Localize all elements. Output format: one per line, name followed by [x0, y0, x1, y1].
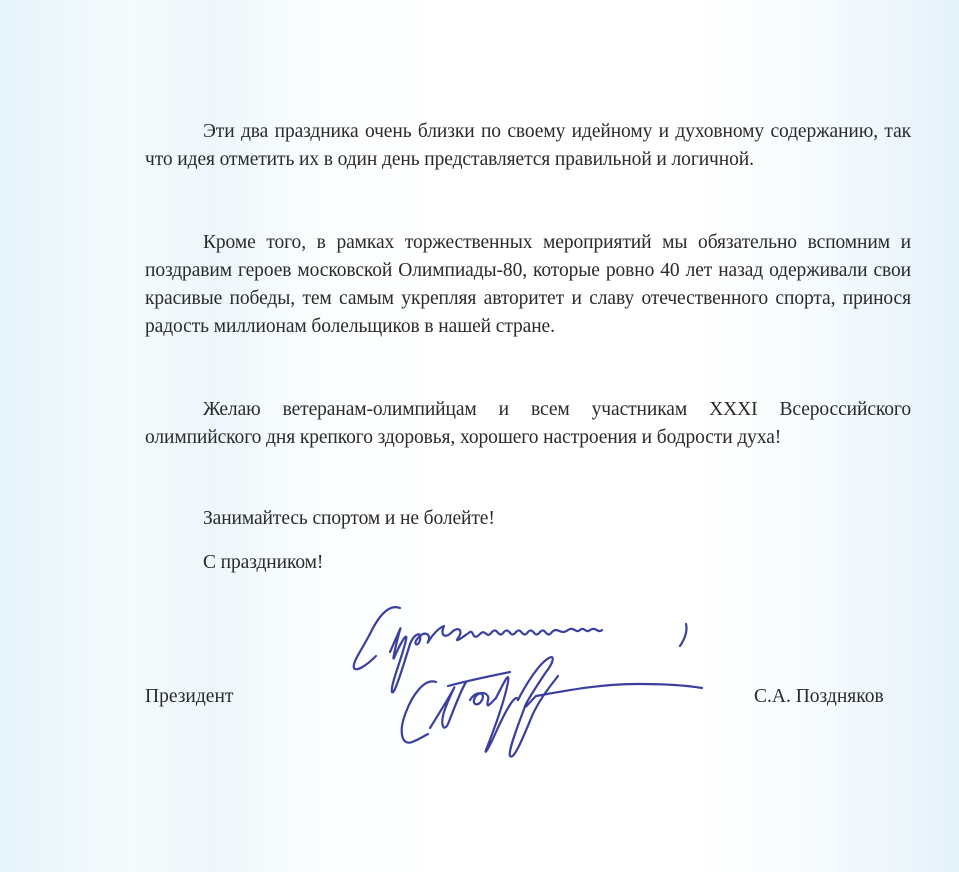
paragraph-text: Кроме того, в рамках торжественных мероп…: [145, 229, 911, 341]
paragraph-holidays: Эти два праздника очень близки по своему…: [145, 118, 911, 174]
signatory-title: Президент: [145, 686, 233, 708]
paragraph-olympics-80: Кроме того, в рамках торжественных мероп…: [145, 229, 911, 341]
letter-page: Эти два праздника очень близки по своему…: [0, 0, 959, 872]
handwritten-signature-icon: [340, 600, 710, 810]
paragraph-wishes: Желаю ветеранам-олимпийцам и всем участн…: [145, 396, 911, 452]
paragraph-greeting: С праздником!: [145, 549, 911, 577]
signatory-name: С.А. Поздняков: [754, 686, 884, 708]
paragraph-text: Занимайтесь спортом и не болейте!: [145, 505, 911, 533]
paragraph-sport: Занимайтесь спортом и не болейте!: [145, 505, 911, 533]
paragraph-text: Эти два праздника очень близки по своему…: [145, 118, 911, 174]
paragraph-text: Желаю ветеранам-олимпийцам и всем участн…: [145, 396, 911, 452]
paragraph-text: С праздником!: [145, 549, 911, 577]
